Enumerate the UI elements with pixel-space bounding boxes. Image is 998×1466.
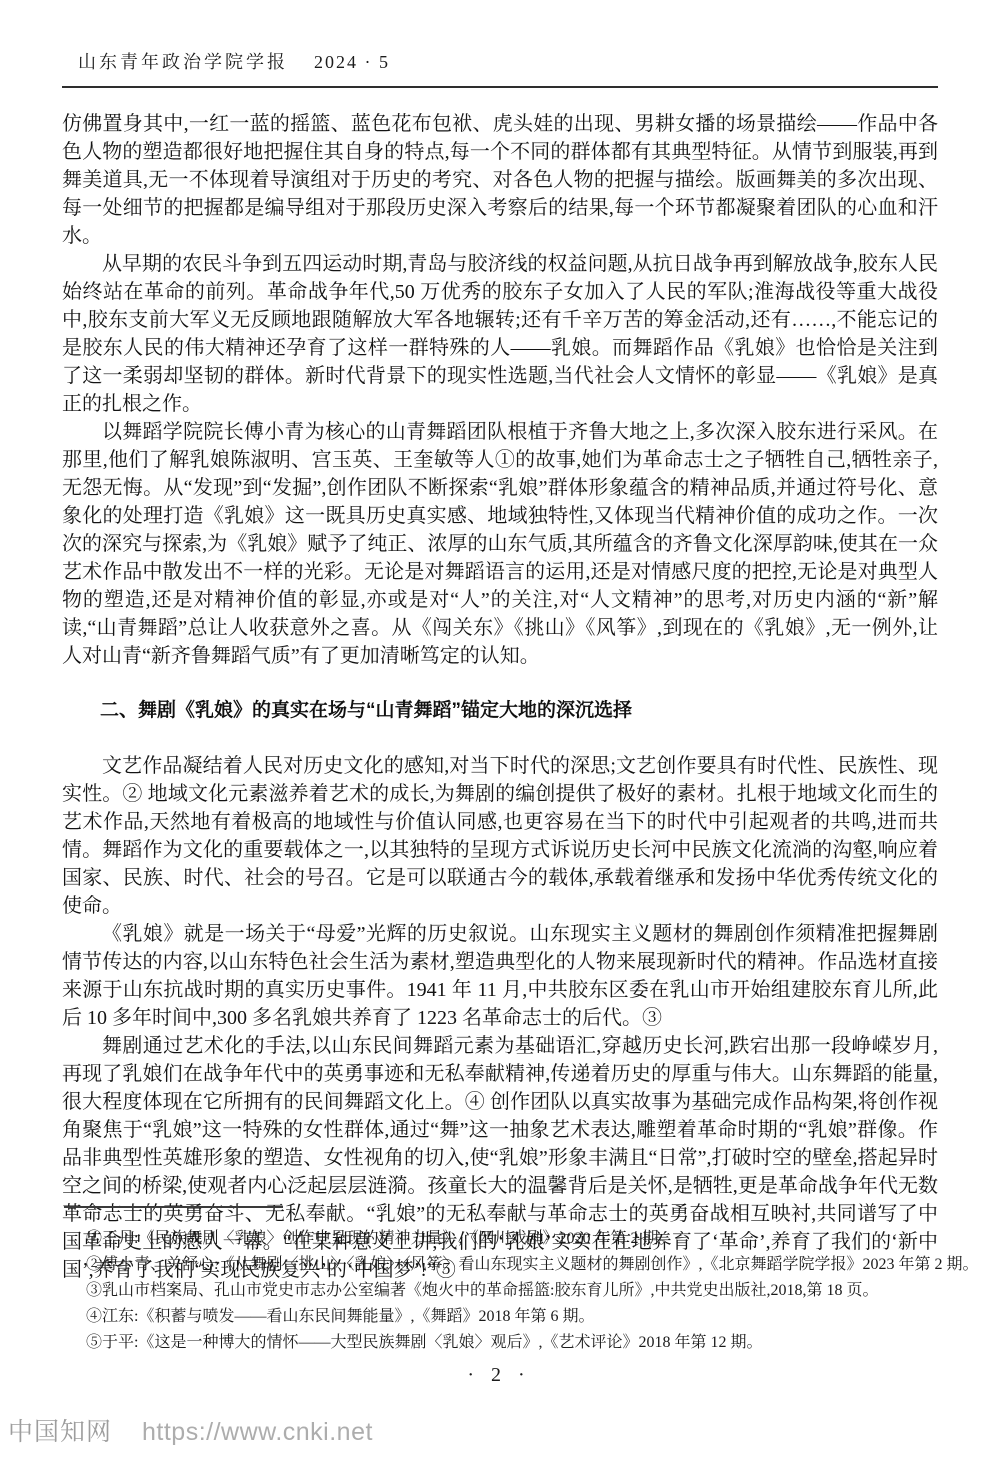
section-heading: 二、舞剧《乳娘》的真实在场与“山青舞蹈”锚定大地的深沉选择 (62, 697, 938, 725)
body-paragraph: 从早期的农民斗争到五四运动时期,青岛与胶济线的权益问题,从抗日战争再到解放战争,… (62, 250, 938, 418)
journal-title: 山东青年政治学院学报 (78, 52, 288, 72)
article-body: 仿佛置身其中,一红一蓝的摇篮、蓝色花布包袱、虎头娃的出现、男耕女播的场景描绘——… (62, 110, 938, 1284)
body-paragraph: 文艺作品凝结着人民对历史文化的感知,对当下时代的深思;文艺创作要具有时代性、民族… (62, 752, 938, 920)
footnote-item: ①王丹:《民族舞剧〈乳娘〉创作中呈现的精神力量》,《四川戏剧》2020 年第 2… (86, 1226, 938, 1252)
footnote-divider (64, 1206, 283, 1208)
journal-issue: 2024 · 5 (314, 52, 390, 72)
journal-page: 山东青年政治学院学报2024 · 5 仿佛置身其中,一红一蓝的摇篮、蓝色花布包袱… (0, 0, 998, 1466)
footnote-item: ②傅小青、关舒心:《从舞剧〈挑山〉〈乳娘〉〈风筝〉看山东现实主义题材的舞剧创作》… (86, 1252, 938, 1278)
cnki-watermark: 中国知网https://www.cnki.net (8, 1412, 373, 1448)
footnote-section: ①王丹:《民族舞剧〈乳娘〉创作中呈现的精神力量》,《四川戏剧》2020 年第 2… (62, 1206, 938, 1356)
page-number: · 2 · (0, 1364, 998, 1387)
cnki-url-text: https://www.cnki.net (142, 1418, 373, 1446)
footnote-item: ⑤于平:《这是一种博大的情怀——大型民族舞剧〈乳娘〉观后》,《艺术评论》2018… (86, 1330, 938, 1356)
body-paragraph: 以舞蹈学院院长傅小青为核心的山青舞蹈团队根植于齐鲁大地之上,多次深入胶东进行采风… (62, 418, 938, 670)
cnki-brand-text: 中国知网 (8, 1418, 112, 1446)
body-paragraph: 仿佛置身其中,一红一蓝的摇篮、蓝色花布包袱、虎头娃的出现、男耕女播的场景描绘——… (62, 110, 938, 250)
footnote-item: ③乳山市档案局、孔山市党史市志办公室编著《炮火中的革命摇篮:胶东育儿所》,中共党… (86, 1278, 938, 1304)
body-paragraph: 《乳娘》就是一场关于“母爱”光辉的历史叙说。山东现实主义题材的舞剧创作须精准把握… (62, 920, 938, 1032)
running-head: 山东青年政治学院学报2024 · 5 (78, 48, 390, 74)
footnote-item: ④江东:《积蓄与喷发——看山东民间舞能量》,《舞蹈》2018 年第 6 期。 (86, 1304, 938, 1330)
header-divider (62, 86, 938, 88)
